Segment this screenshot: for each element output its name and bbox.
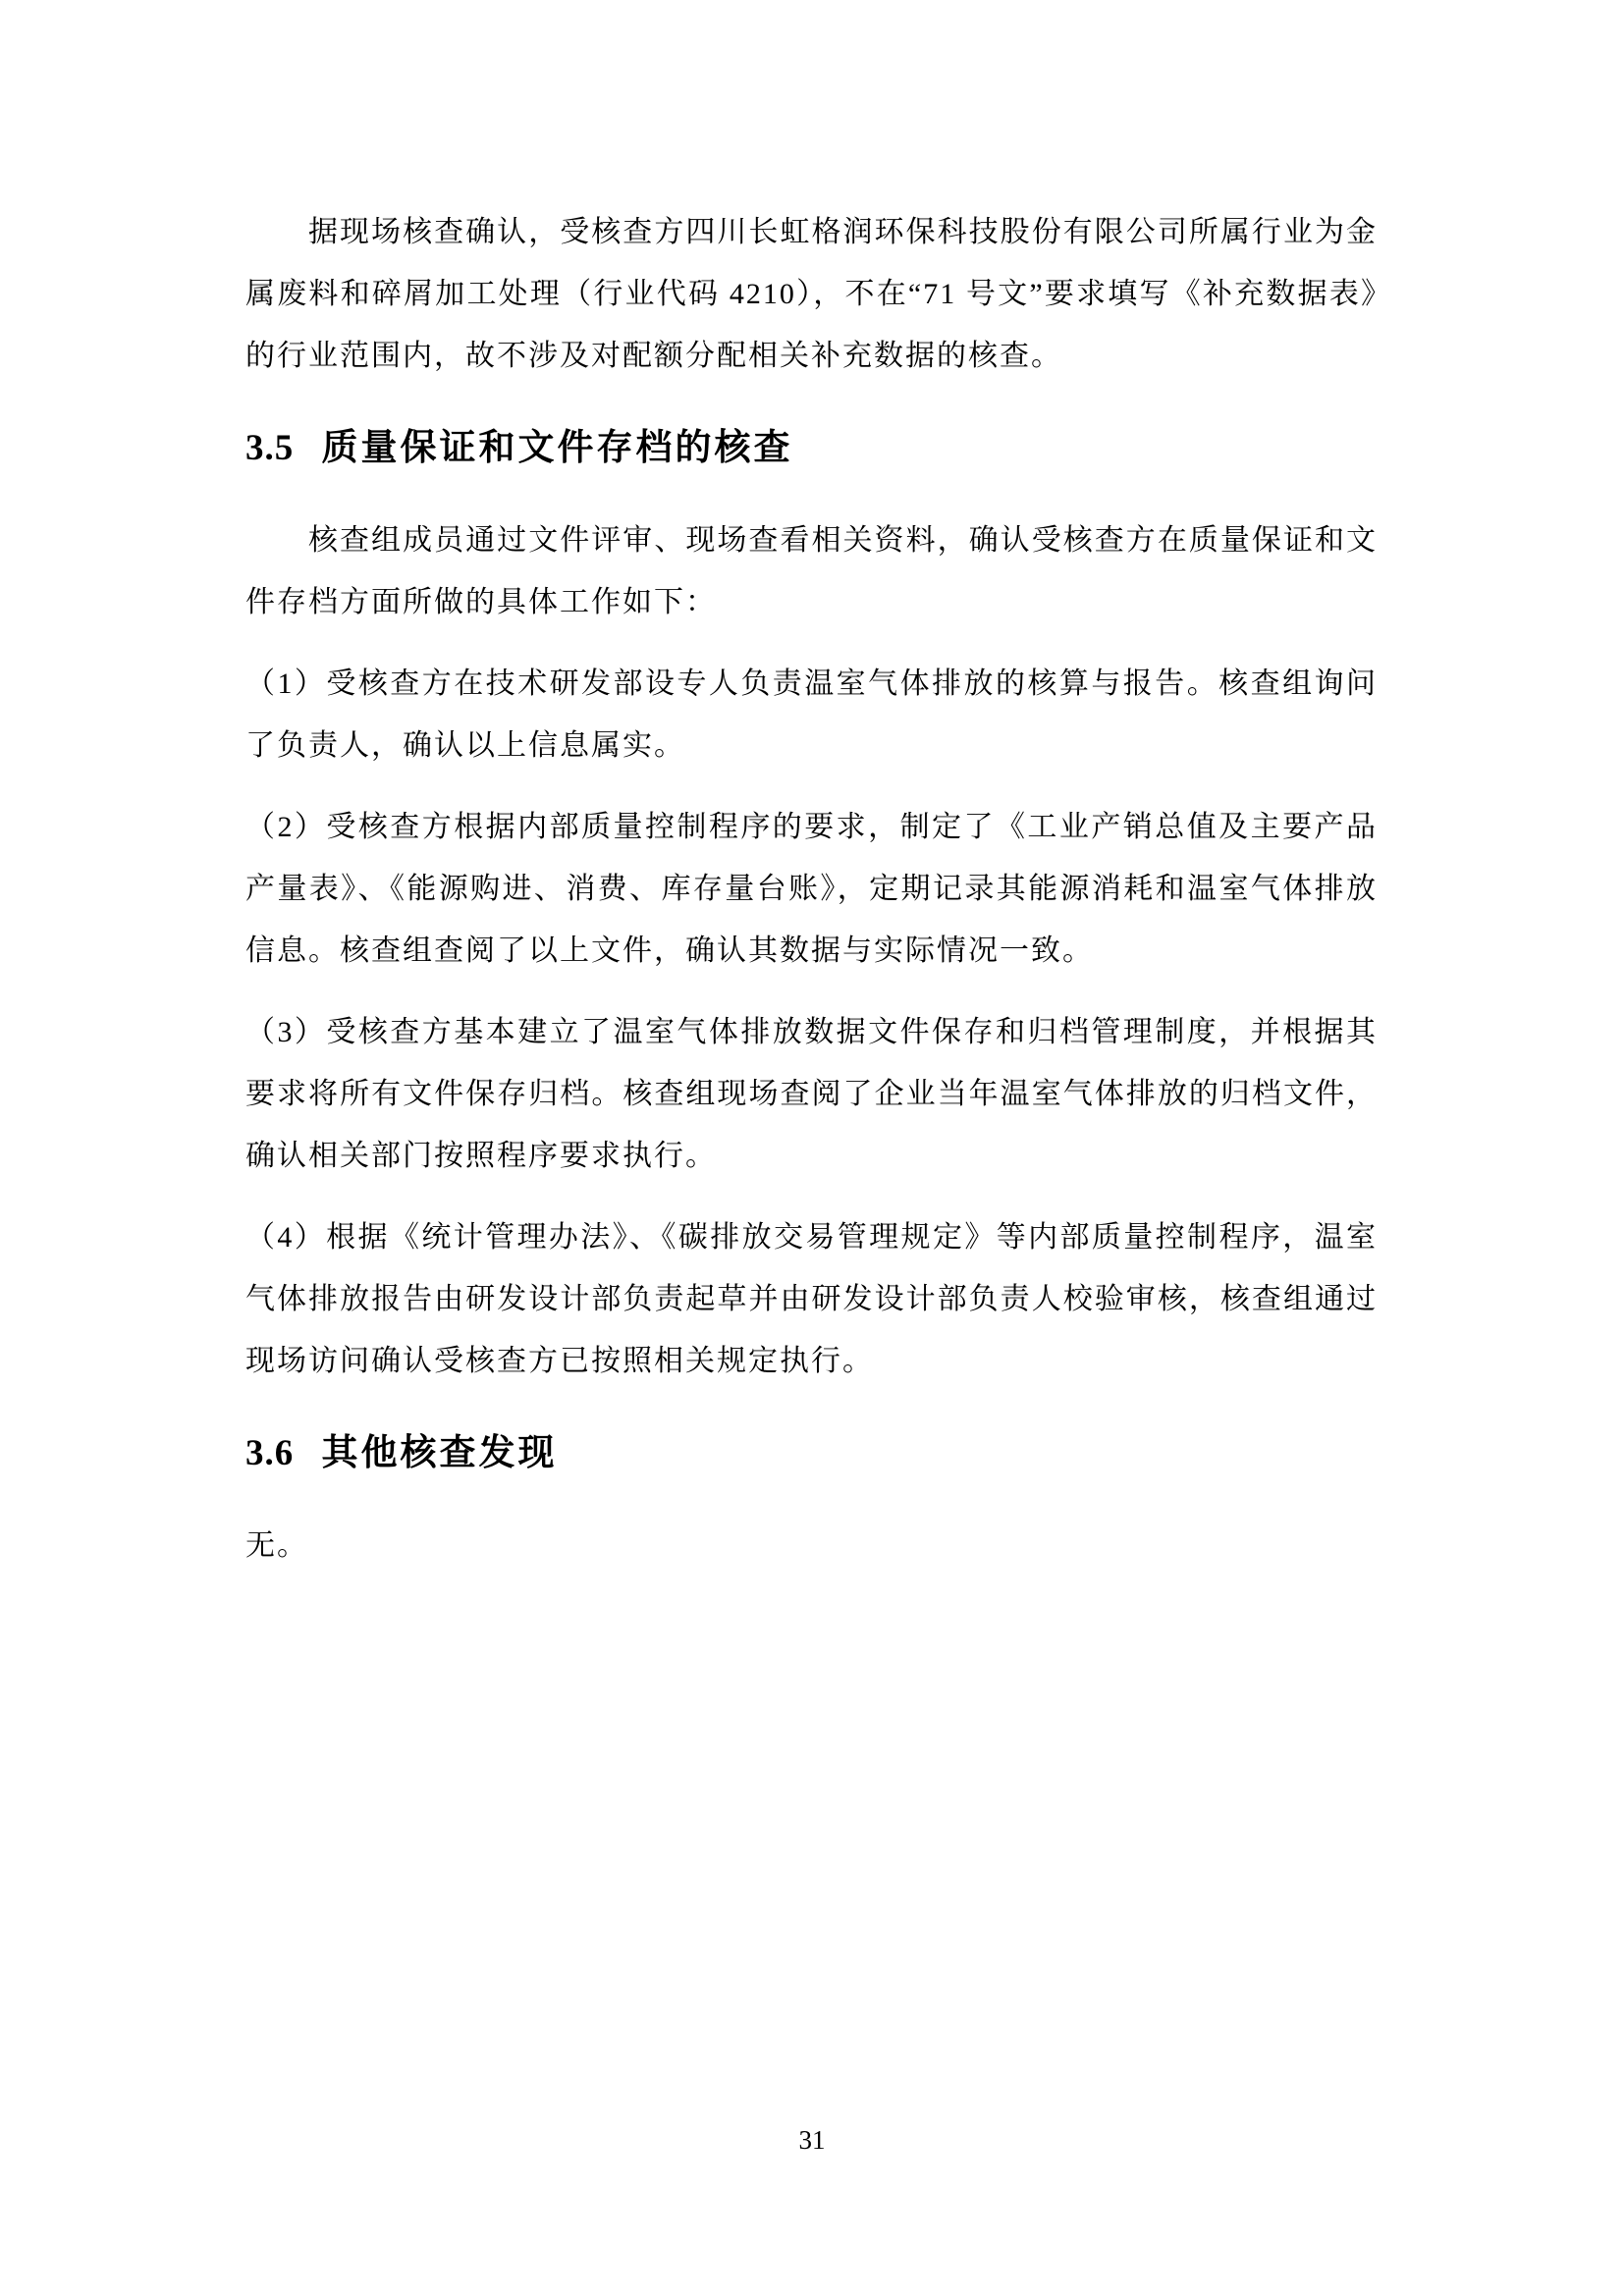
section-3-6-heading: 3.6 其他核查发现: [245, 1429, 1378, 1477]
page-number: 31: [0, 2123, 1624, 2157]
qa-list-item-1: （1）受核查方在技术研发部设专人负责温室气体排放的核算与报告。核查组询问了负责人…: [245, 653, 1378, 776]
qa-list-item-4: （4）根据《统计管理办法》、《碳排放交易管理规定》等内部质量控制程序，温室气体排…: [245, 1206, 1378, 1392]
section-3-5-heading: 3.5 质量保证和文件存档的核查: [245, 424, 1378, 472]
section-3-6-title: 其他核查发现: [322, 1432, 558, 1472]
document-page: 据现场核查确认，受核查方四川长虹格润环保科技股份有限公司所属行业为金属废料和碎屑…: [0, 0, 1624, 2296]
paragraph-industry-scope: 据现场核查确认，受核查方四川长虹格润环保科技股份有限公司所属行业为金属废料和碎屑…: [245, 201, 1378, 387]
paragraph-other-findings-none: 无。: [245, 1515, 1378, 1576]
section-3-5-title: 质量保证和文件存档的核查: [322, 427, 793, 467]
qa-list-item-2: （2）受核查方根据内部质量控制程序的要求，制定了《工业产销总值及主要产品产量表》…: [245, 796, 1378, 982]
section-3-5-number: 3.5: [245, 428, 294, 468]
section-3-6-number: 3.6: [245, 1433, 294, 1473]
paragraph-qa-intro: 核查组成员通过文件评审、现场查看相关资料，确认受核查方在质量保证和文件存档方面所…: [245, 509, 1378, 633]
qa-list-item-3: （3）受核查方基本建立了温室气体排放数据文件保存和归档管理制度，并根据其要求将所…: [245, 1001, 1378, 1187]
page-content: 据现场核查确认，受核查方四川长虹格润环保科技股份有限公司所属行业为金属废料和碎屑…: [245, 201, 1378, 1596]
